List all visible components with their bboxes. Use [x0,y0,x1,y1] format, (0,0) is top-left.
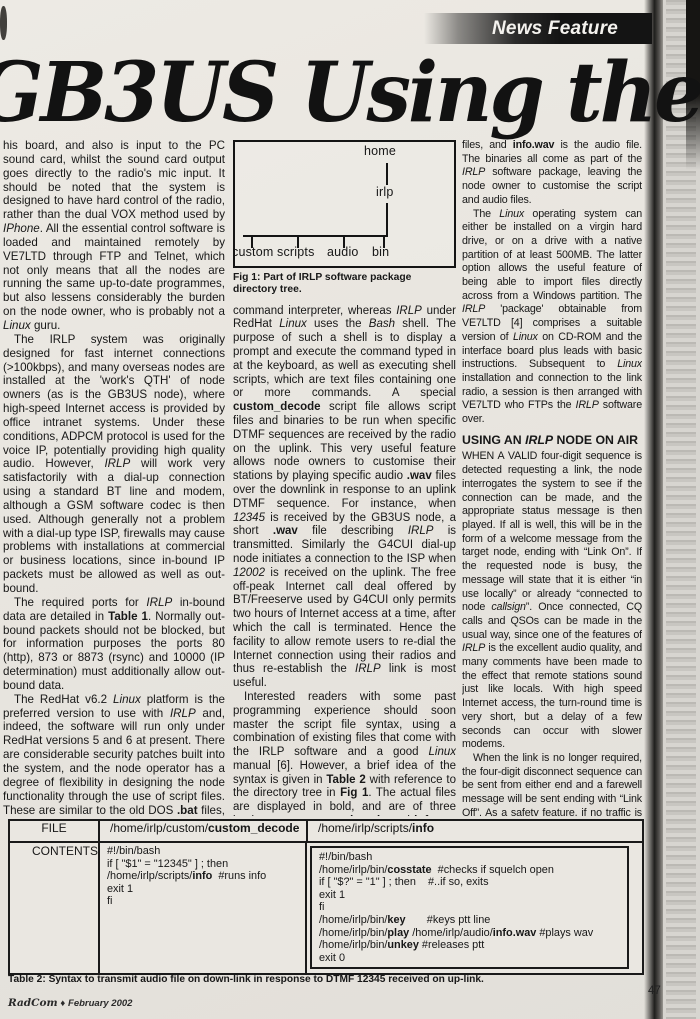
binding-edge-shadow [644,0,663,1019]
footer-diamond: ♦ [60,998,65,1009]
body-paragraph: WHEN A VALID four-digit sequence is dete… [462,450,642,751]
page-number: 47 [648,985,661,997]
code-line: #!/bin/bash [107,845,303,858]
page-footer: RadCom ♦ February 2002 [8,997,132,1009]
table-2: FILE /home/irlp/custom/custom_decode /ho… [8,819,644,975]
table-row-file: FILE /home/irlp/custom/custom_decode /ho… [10,821,642,843]
tree-node-custom: custom [233,246,274,260]
table-header-contents: CONTENTS [10,843,100,973]
code-line: /home/irlp/bin/play /home/irlp/audio/inf… [319,927,623,940]
code-line: /home/irlp/scripts/info #runs info [107,870,303,883]
tree-node-audio: audio [327,246,359,260]
tree-line [386,163,388,185]
code-line: exit 1 [319,889,623,902]
table-row-contents: CONTENTS #!/bin/bash if [ "$1" = "12345"… [10,843,642,973]
code-line: #!/bin/bash [319,851,623,864]
body-paragraph: The required ports for IRLP in-bound dat… [3,596,225,693]
body-paragraph: command interpreter, whereas IRLP under … [233,305,456,691]
text-column-3: files, and info.wav is the audio file. T… [462,139,642,816]
tree-line [386,203,388,237]
code-line: fi [319,901,623,914]
script-inner-box: #!/bin/bash /home/irlp/bin/cosstate #che… [310,846,629,969]
magazine-name: RadCom [8,997,58,1009]
issue-date: February 2002 [68,998,132,1009]
tree-node-bin: bin [372,246,389,260]
table-caption: Table 2: Syntax to transmit audio file o… [8,974,652,985]
code-line: exit 0 [319,952,623,965]
code-line: if [ "$?" = "1" ] ; then #..if so, exits [319,876,623,889]
code-line: /home/irlp/bin/key #keys ptt line [319,914,623,927]
scan-smudge [0,6,7,40]
table-script-right: #!/bin/bash /home/irlp/bin/cosstate #che… [307,843,642,973]
body-paragraph: files, and info.wav is the audio file. T… [462,139,642,208]
code-line: /home/irlp/bin/cosstate #checks if squel… [319,864,623,877]
text-column-2: home irlp custom scripts audio bin Fig 1… [233,139,456,816]
tree-node-home: home [364,145,396,159]
directory-tree-figure: home irlp custom scripts audio bin [233,140,456,268]
figure-caption: Fig 1: Part of IRLP software package dir… [233,272,456,296]
tree-line [243,235,388,237]
table-file-path-left: /home/irlp/custom/custom_decode [100,821,308,841]
table-file-path-right: /home/irlp/scripts/info [308,821,642,841]
body-paragraph: The Linux operating system can either be… [462,208,642,427]
magazine-page-scan: { "badge": { "label": "News Feature" }, … [0,0,700,1019]
tree-node-irlp: irlp [376,186,393,200]
table-script-left: #!/bin/bash if [ "$1" = "12345" ] ; then… [100,843,307,973]
section-heading: USING AN IRLP NODE ON AIR [462,434,642,448]
code-line: if [ "$1" = "12345" ] ; then [107,858,303,871]
body-paragraph: The IRLP system was originally designed … [3,333,225,596]
body-paragraph: Interested readers with some past progra… [233,691,456,816]
code-line: /home/irlp/bin/unkey #releases ptt [319,939,623,952]
tree-node-scripts: scripts [277,246,315,260]
body-paragraph: When the link is no longer required, the… [462,752,642,816]
text-column-1: his board, and also is input to the PC s… [3,139,225,816]
body-paragraph: The RedHat v6.2 Linux platform is the pr… [3,693,225,816]
news-feature-label: News Feature [458,18,618,40]
code-line: exit 1 [107,883,303,896]
code-line: fi [107,895,303,908]
body-paragraph: his board, and also is input to the PC s… [3,139,225,333]
article-title: GB3US Using the [0,44,700,141]
news-feature-badge: News Feature [424,13,652,44]
table-header-file: FILE [10,821,100,841]
